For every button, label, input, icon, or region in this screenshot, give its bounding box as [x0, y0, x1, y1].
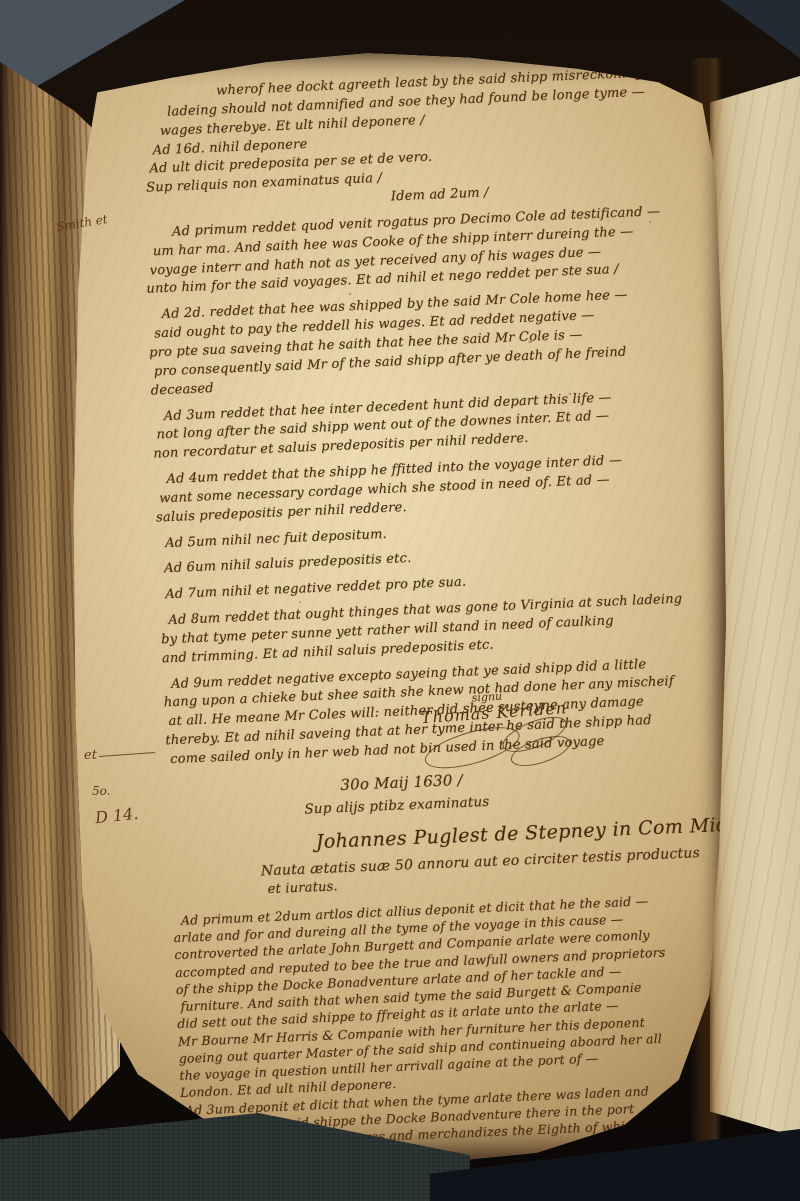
- paragraph-ad-2: Ad 2d. reddet that hee was shipped by th…: [145, 284, 710, 402]
- paragraph-ad-primum: Ad primum reddet quod venit rogatus pro …: [142, 201, 707, 300]
- manuscript-page: wherof hee dockt agreeth least by the sa…: [50, 42, 726, 1164]
- paragraph-top-fragment: wherof hee dockt agreeth least by the sa…: [136, 62, 703, 217]
- backdrop-corner-right: [720, 0, 800, 58]
- witness-signature: signu Thomas Keriden: [419, 685, 574, 773]
- margin-note-et: et: [84, 748, 155, 763]
- margin-note-5: 5o.: [92, 784, 110, 798]
- manuscript-text: wherof hee dockt agreeth least by the sa…: [136, 62, 743, 1160]
- manuscript-photo: wherof hee dockt agreeth least by the sa…: [0, 0, 800, 1201]
